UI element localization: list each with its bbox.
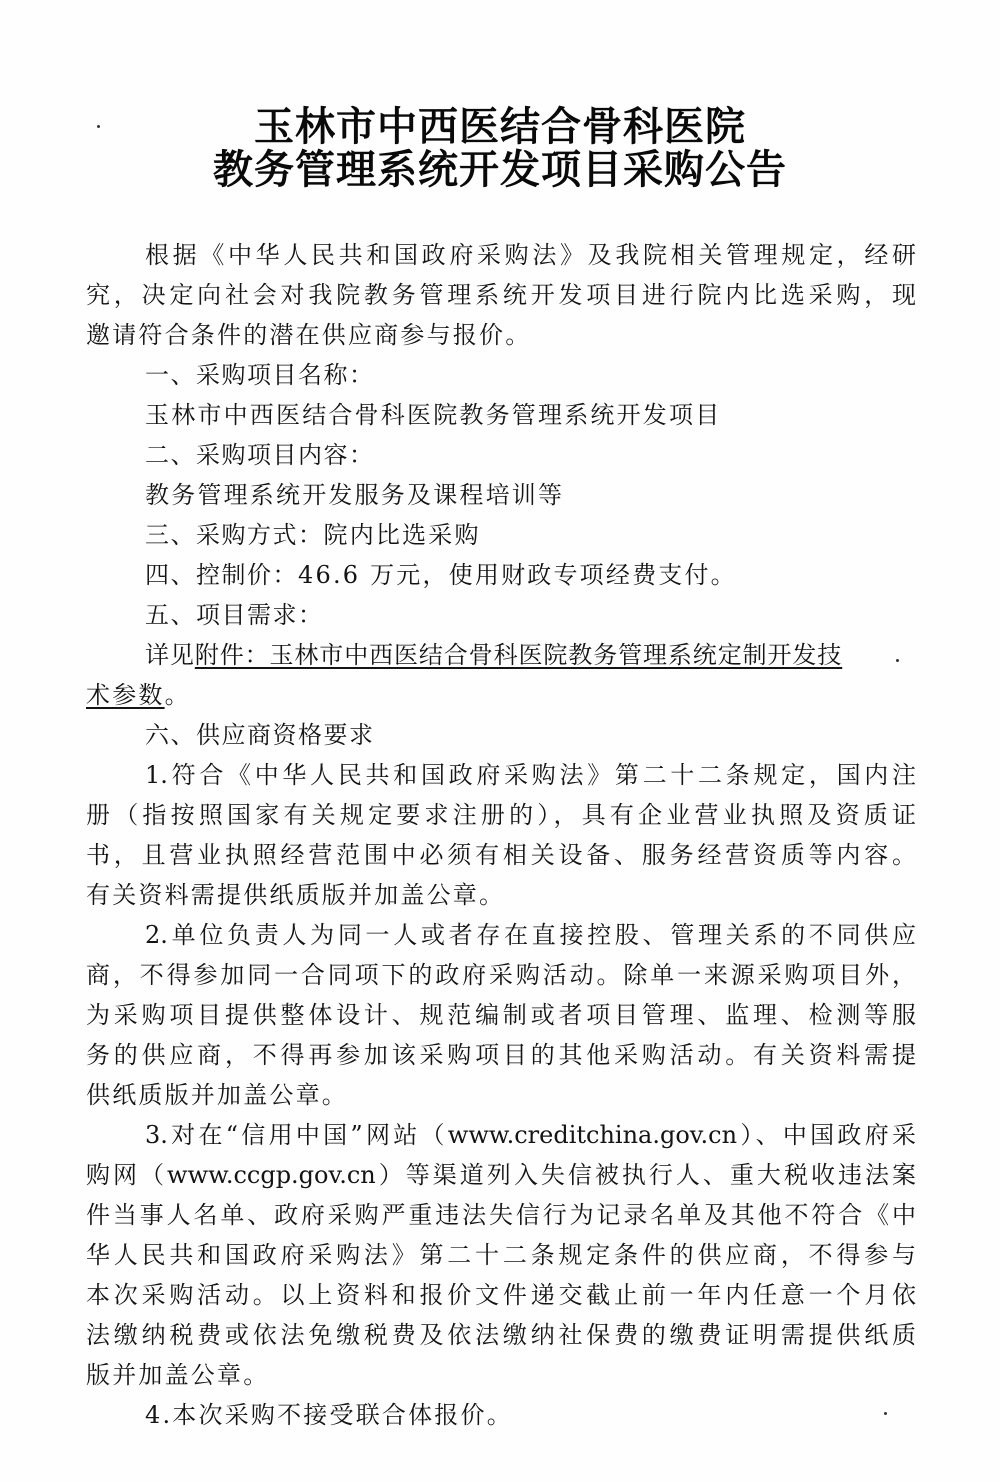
req-3-line-7: 版并加盖公章。 [86,1355,916,1395]
req-2-line-5: 供纸质版并加盖公章。 [86,1075,916,1115]
req-2-line-3: 为采购项目提供整体设计、规范编制或者项目管理、监理、检测等服 [86,995,916,1035]
section-3-content: 院内比选采购 [324,521,481,549]
section-1-content: 玉林市中西医结合骨科医院教务管理系统开发项目 [145,395,975,435]
section-5-heading: 五、项目需求： [145,595,975,635]
intro-text-1: 根据《中华人民共和国政府采购法》及我院相关管理规定，经研 [145,235,916,275]
attachment-link-part-1[interactable]: 附件：玉林市中西医结合骨科医院教务管理系统定制开发技 [195,641,842,669]
section-5-suffix: 。 [165,681,191,709]
scanned-document-page: 玉林市中西医结合骨科医院 教务管理系统开发项目采购公告 根据《中华人民共和国政府… [0,0,1000,1482]
document-title-line-1: 玉林市中西医结合骨科医院 [0,103,1000,151]
req-2-text-3: 为采购项目提供整体设计、规范编制或者项目管理、监理、检测等服 [86,995,916,1035]
section-4-heading: 四、控制价： [145,561,298,589]
attachment-link-part-2[interactable]: 术参数 [86,681,165,709]
req-1-text-1: 1.符合《中华人民共和国政府采购法》第二十二条规定，国内注 [145,755,916,795]
section-2-content: 教务管理系统开发服务及课程培训等 [145,475,975,515]
req-3-text-6: 法缴纳税费或依法免缴税费及依法缴纳社保费的缴费证明需提供纸质 [86,1315,916,1355]
req-3-line-3: 件当事人名单、政府采购严重违法失信行为记录名单及其他不符合《中 [86,1195,916,1235]
req-4-line-1: 4.本次采购不接受联合体报价。 [145,1395,975,1435]
req-1-line-4: 有关资料需提供纸质版并加盖公章。 [86,875,916,915]
intro-line-2: 究，决定向社会对我院教务管理系统开发项目进行院内比选采购，现 [86,275,916,315]
req-1-line-2: 册（指按照国家有关规定要求注册的），具有企业营业执照及资质证 [86,795,916,835]
req-2-text-2: 商，不得参加同一合同项下的政府采购活动。除单一来源采购项目外， [86,955,916,995]
req-3-line-5: 本次采购活动。以上资料和报价文件递交截止前一年内任意一个月依 [86,1275,916,1315]
intro-line-1: 根据《中华人民共和国政府采购法》及我院相关管理规定，经研 [145,235,916,275]
scan-speck [97,125,100,128]
req-3-text-2: 购网（www.ccgp.gov.cn）等渠道列入失信被执行人、重大税收违法案 [86,1155,916,1195]
document-title-line-2: 教务管理系统开发项目采购公告 [0,146,1000,194]
section-4-content: 46.6 万元，使用财政专项经费支付。 [298,561,737,589]
req-3-line-4: 华人民共和国政府采购法》第二十二条规定条件的供应商，不得参与 [86,1235,916,1275]
req-3-text-1: 3.对在“信用中国”网站（www.creditchina.gov.cn）、中国政… [145,1115,916,1155]
section-5-line-2: 术参数。 [86,675,916,715]
req-3-line-6: 法缴纳税费或依法免缴税费及依法缴纳社保费的缴费证明需提供纸质 [86,1315,916,1355]
section-5-prefix: 详见 [145,641,195,669]
req-2-text-4: 务的供应商，不得再参加该采购项目的其他采购活动。有关资料需提 [86,1035,916,1075]
req-3-line-2: 购网（www.ccgp.gov.cn）等渠道列入失信被执行人、重大税收违法案 [86,1155,916,1195]
req-2-text-1: 2.单位负责人为同一人或者存在直接控股、管理关系的不同供应 [145,915,916,955]
section-2-heading: 二、采购项目内容： [145,435,975,475]
section-3-line: 三、采购方式：院内比选采购 [145,515,975,555]
req-2-line-2: 商，不得参加同一合同项下的政府采购活动。除单一来源采购项目外， [86,955,916,995]
scan-speck [896,659,899,662]
section-4-line: 四、控制价：46.6 万元，使用财政专项经费支付。 [145,555,975,595]
req-2-line-1: 2.单位负责人为同一人或者存在直接控股、管理关系的不同供应 [145,915,916,955]
section-5-line-1: 详见附件：玉林市中西医结合骨科医院教务管理系统定制开发技 [145,635,916,675]
section-3-heading: 三、采购方式： [145,521,324,549]
section-6-heading: 六、供应商资格要求 [145,715,975,755]
intro-text-2: 究，决定向社会对我院教务管理系统开发项目进行院内比选采购，现 [86,275,916,315]
req-3-text-3: 件当事人名单、政府采购严重违法失信行为记录名单及其他不符合《中 [86,1195,916,1235]
req-1-text-2: 册（指按照国家有关规定要求注册的），具有企业营业执照及资质证 [86,795,916,835]
scan-speck [884,1412,887,1415]
req-3-text-5: 本次采购活动。以上资料和报价文件递交截止前一年内任意一个月依 [86,1275,916,1315]
req-1-line-1: 1.符合《中华人民共和国政府采购法》第二十二条规定，国内注 [145,755,916,795]
req-2-line-4: 务的供应商，不得再参加该采购项目的其他采购活动。有关资料需提 [86,1035,916,1075]
req-3-line-1: 3.对在“信用中国”网站（www.creditchina.gov.cn）、中国政… [145,1115,916,1155]
req-3-text-4: 华人民共和国政府采购法》第二十二条规定条件的供应商，不得参与 [86,1235,916,1275]
section-1-heading: 一、采购项目名称： [145,355,975,395]
intro-line-3: 邀请符合条件的潜在供应商参与报价。 [86,315,916,355]
req-1-line-3: 书，且营业执照经营范围中必须有相关设备、服务经营资质等内容。 [86,835,916,875]
req-1-text-3: 书，且营业执照经营范围中必须有相关设备、服务经营资质等内容。 [86,835,916,875]
